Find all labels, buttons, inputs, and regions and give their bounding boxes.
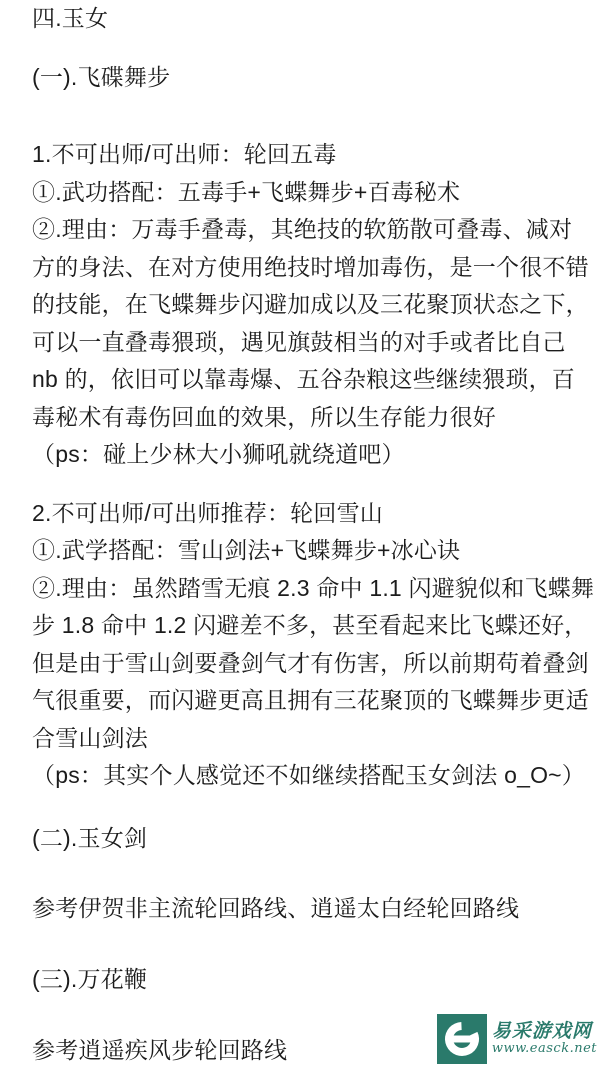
watermark-text: 易采游戏网 www.easck.net [492, 1021, 597, 1056]
watermark-site-name: 易采游戏网 [492, 1021, 592, 1042]
text-line: 但是由于雪山剑要叠剑气才有伤害，所以前期苟着叠剑 [32, 645, 591, 683]
text-line: （ps：其实个人感觉还不如继续搭配玉女剑法 o_O~） [32, 757, 591, 795]
text-line: （ps：碰上少林大小狮吼就绕道吧） [32, 436, 591, 474]
paragraph-build-1: 1.不可出师/可出师：轮回五毒 ①.武功搭配：五毒手+飞蝶舞步+百毒秘术 ②.理… [32, 136, 591, 474]
text-line: 参考伊贺非主流轮回路线、逍遥太白经轮回路线 [32, 890, 591, 928]
text-line: 2.不可出师/可出师推荐：轮回雪山 [32, 495, 591, 533]
text-line: 可以一直叠毒猥琐，遇见旗鼓相当的对手或者比自己 [32, 324, 591, 362]
text-line: 合雪山剑法 [32, 720, 591, 758]
text-line: nb 的，依旧可以靠毒爆、五谷杂粮这些继续猥琐，百 [32, 361, 591, 399]
text-line: 四.玉女 [32, 0, 591, 38]
paragraph-reference-1: 参考伊贺非主流轮回路线、逍遥太白经轮回路线 [32, 890, 591, 928]
text-line: (一).飞碟舞步 [32, 59, 591, 97]
text-line: 方的身法、在对方使用绝技时增加毒伤，是一个很不错 [32, 249, 591, 287]
article-page: 四.玉女 (一).飞碟舞步 1.不可出师/可出师：轮回五毒 ①.武功搭配：五毒手… [0, 0, 599, 1066]
heading-subsection-yunv-jian: (二).玉女剑 [32, 820, 591, 858]
document-body: 四.玉女 (一).飞碟舞步 1.不可出师/可出师：轮回五毒 ①.武功搭配：五毒手… [32, 0, 591, 1066]
heading-subsection-feidie-wubu: (一).飞碟舞步 [32, 59, 591, 97]
heading-subsection-wanhua-bian: (三).万花鞭 [32, 961, 591, 999]
text-line: 气很重要，而闪避更高且拥有三花聚顶的飞蝶舞步更适 [32, 682, 591, 720]
text-line: 毒秘术有毒伤回血的效果，所以生存能力很好 [32, 399, 591, 437]
site-watermark: 易采游戏网 www.easck.net [437, 1014, 597, 1064]
text-line: 步 1.8 命中 1.2 闪避差不多，甚至看起来比飞蝶还好， [32, 607, 591, 645]
watermark-site-url: www.easck.net [492, 1042, 597, 1056]
text-line: ②.理由：虽然踏雪无痕 2.3 命中 1.1 闪避貌似和飞蝶舞 [32, 570, 591, 608]
text-line: (三).万花鞭 [32, 961, 591, 999]
heading-section-four: 四.玉女 [32, 0, 591, 38]
text-line: ②.理由：万毒手叠毒，其绝技的软筋散可叠毒、减对 [32, 211, 591, 249]
text-line: ①.武功搭配：五毒手+飞蝶舞步+百毒秘术 [32, 174, 591, 212]
easck-logo-icon [437, 1014, 487, 1064]
text-line: 的技能，在飞蝶舞步闪避加成以及三花聚顶状态之下， [32, 286, 591, 324]
text-line: ①.武学搭配：雪山剑法+飞蝶舞步+冰心诀 [32, 532, 591, 570]
text-line: 1.不可出师/可出师：轮回五毒 [32, 136, 591, 174]
text-line: (二).玉女剑 [32, 820, 591, 858]
paragraph-build-2: 2.不可出师/可出师推荐：轮回雪山 ①.武学搭配：雪山剑法+飞蝶舞步+冰心诀 ②… [32, 495, 591, 795]
